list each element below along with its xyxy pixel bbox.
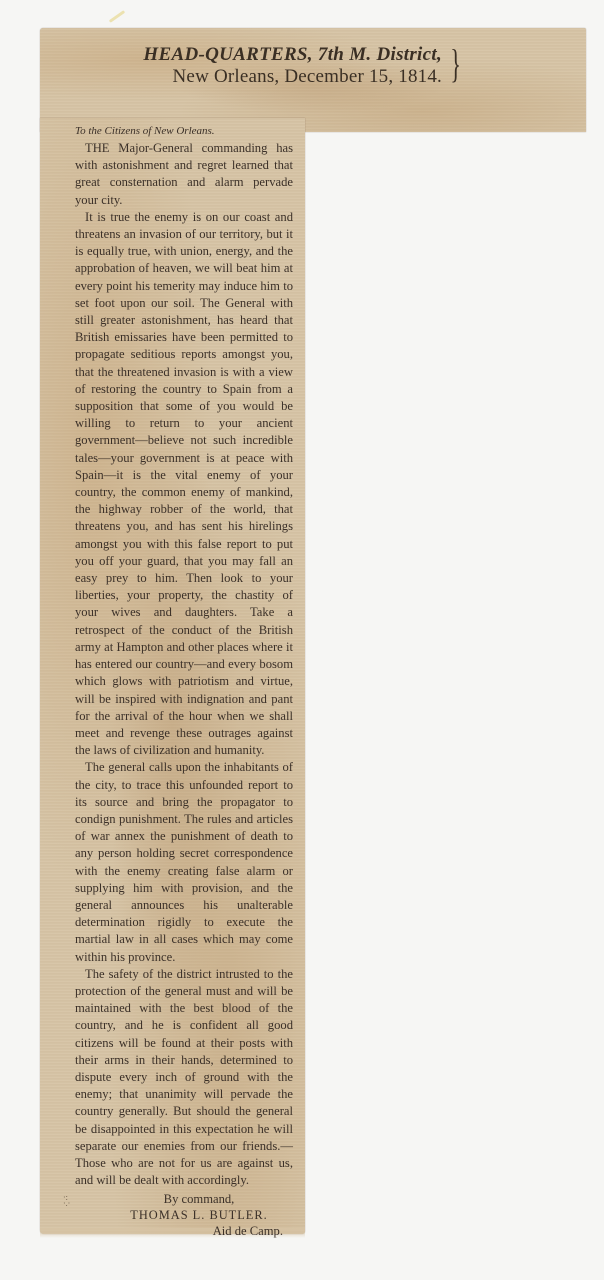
paragraph-4: The safety of the district intrusted to … bbox=[75, 966, 293, 1190]
signatory-name: THOMAS L. BUTLER. bbox=[75, 1207, 293, 1223]
dateline-block: HEAD-QUARTERS, 7th M. District, New Orle… bbox=[0, 0, 604, 140]
headquarters-heading: HEAD-QUARTERS, 7th M. District, bbox=[92, 44, 442, 66]
signatory-title: Aid de Camp. bbox=[75, 1223, 293, 1239]
paragraph-2: It is true the enemy is on our coast and… bbox=[75, 209, 293, 760]
paragraph-3: The general calls upon the inhabitants o… bbox=[75, 759, 293, 965]
paragraph-1: THE Major-General commanding has with as… bbox=[75, 140, 293, 209]
by-command-line: By command, bbox=[75, 1191, 293, 1207]
signature-block: By command, THOMAS L. BUTLER. Aid de Cam… bbox=[75, 1191, 293, 1239]
brace-ornament: } bbox=[450, 42, 461, 86]
proclamation-body: To the Citizens of New Orleans. THE Majo… bbox=[75, 124, 293, 1239]
dateline: New Orleans, December 15, 1814. bbox=[92, 66, 442, 88]
salutation: To the Citizens of New Orleans. bbox=[75, 124, 293, 138]
ink-specks: ·:·.· bbox=[63, 1195, 70, 1207]
